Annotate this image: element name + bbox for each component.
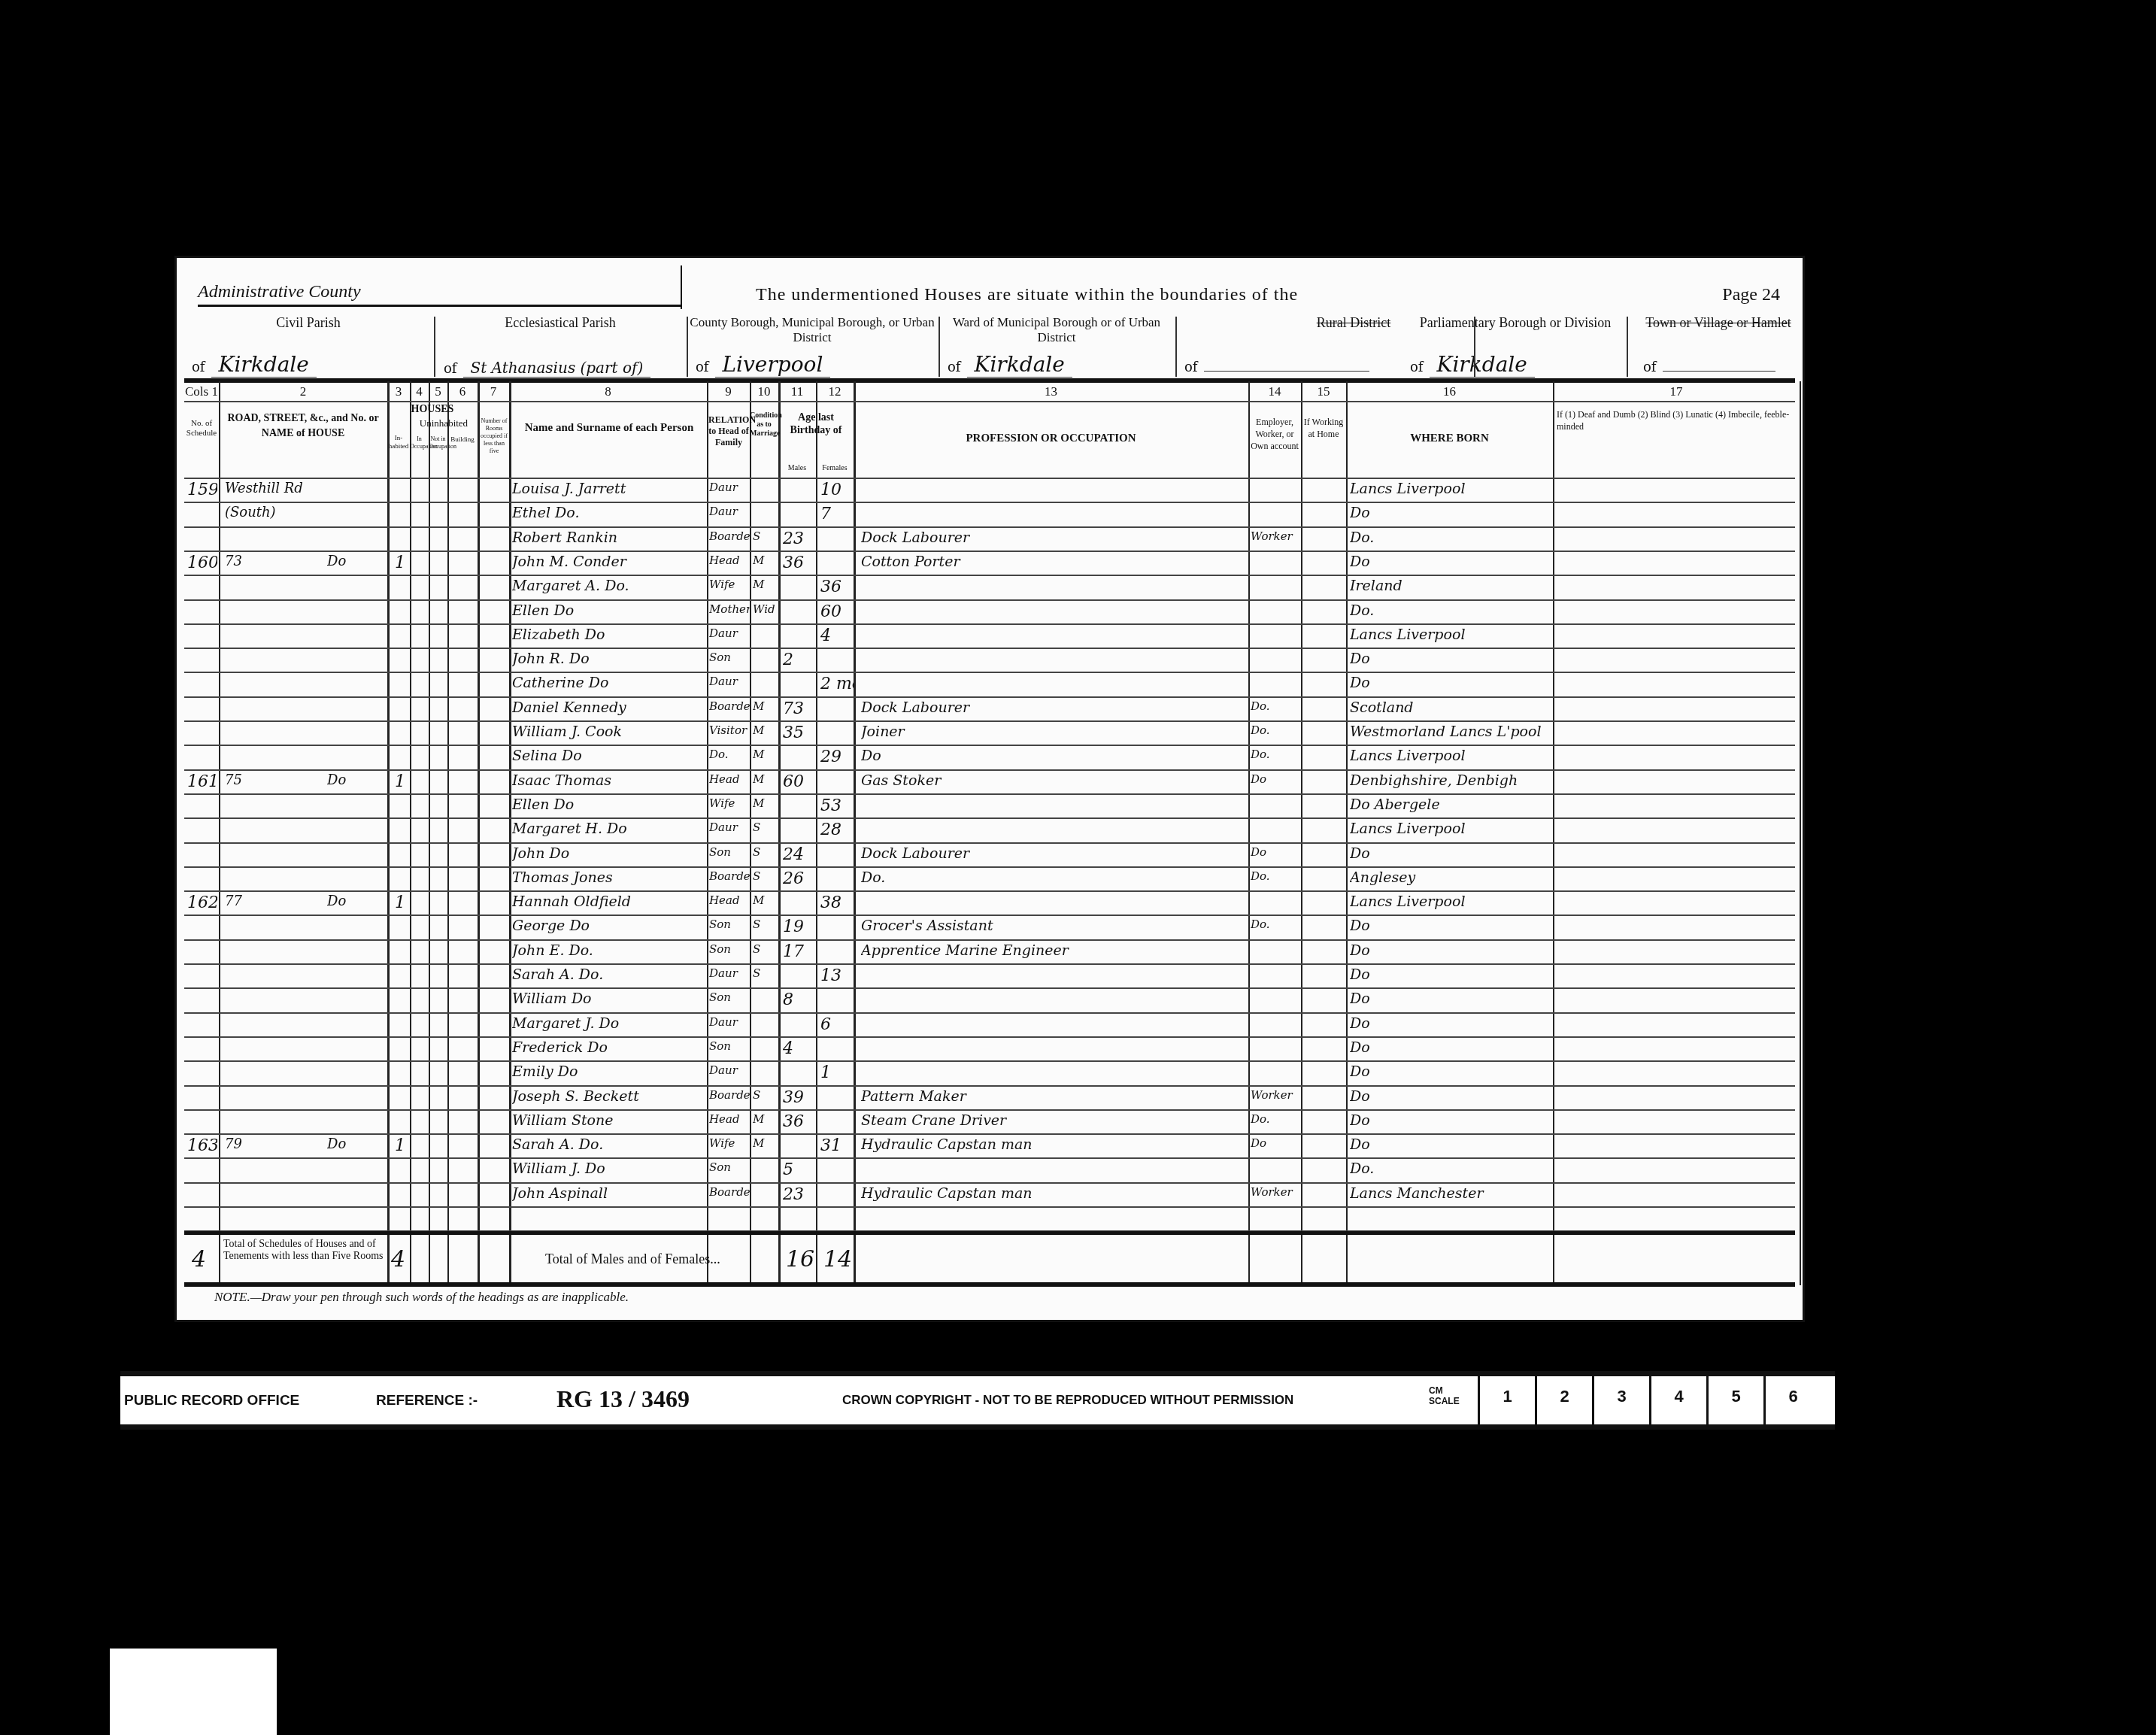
ecclesiastical-parish: Ecclesiastical Parish ofSt Athanasius (p…: [436, 315, 684, 378]
relation: Daur: [709, 966, 750, 980]
row-divider: [184, 793, 1795, 795]
person-name: George Do: [512, 918, 706, 934]
age-female: 1: [820, 1063, 854, 1082]
occupation: Dock Labourer: [861, 845, 1245, 862]
column-numbers: Cols 1 2 3 4 5 6 7 8 9 10 11 12 13 14 15…: [184, 384, 1795, 401]
total-females: 14: [823, 1246, 852, 1272]
marital-condition: Wid: [753, 602, 778, 616]
birthplace: Do: [1350, 1136, 1551, 1153]
row-divider: [184, 1085, 1795, 1087]
age-male: 39: [783, 1088, 816, 1107]
person-name: Ethel Do.: [512, 505, 706, 521]
marital-condition: M: [753, 554, 778, 567]
total-schedules-label: Total of Schedules of Houses and of Tene…: [223, 1239, 384, 1263]
houses-header: HOUSES: [387, 402, 478, 417]
relation: Daur: [709, 626, 750, 640]
birthplace: Lancs Liverpool: [1350, 626, 1551, 643]
person-name: Thomas Jones: [512, 869, 706, 886]
occupation: Dock Labourer: [861, 529, 1245, 546]
road-name: 77: [225, 893, 323, 909]
row-divider: [184, 1012, 1795, 1014]
reference-number: RG 13 / 3469: [556, 1385, 690, 1413]
birthplace: Do: [1350, 1088, 1551, 1105]
relation: Head: [709, 1112, 750, 1126]
relation: Son: [709, 845, 750, 859]
person-name: Sarah A. Do.: [512, 966, 706, 983]
relation: Son: [709, 1039, 750, 1053]
age-male: 23: [783, 529, 816, 548]
age-female: 10: [820, 481, 854, 499]
divider: [1175, 317, 1177, 377]
age-male: 17: [783, 942, 816, 961]
age-female: 38: [820, 893, 854, 912]
row-divider: [184, 502, 1795, 503]
marital-condition: M: [753, 893, 778, 907]
divider: [1627, 317, 1628, 377]
birthplace: Do: [1350, 505, 1551, 521]
birthplace: Do: [1350, 675, 1551, 691]
row-divider: [184, 720, 1795, 722]
birthplace: Lancs Manchester: [1350, 1185, 1551, 1202]
row-divider: [184, 866, 1795, 868]
birthplace: Scotland: [1350, 699, 1551, 716]
employment-status: Worker: [1251, 1185, 1300, 1199]
row-divider: [184, 1036, 1795, 1038]
total-schedules: 4: [192, 1246, 206, 1272]
relation: Visitor: [709, 723, 750, 737]
relation: Do.: [709, 748, 750, 761]
inhabited-count: 1: [395, 1136, 410, 1155]
uninhabited-header: Uninhabited: [410, 417, 478, 429]
row-divider: [184, 623, 1795, 625]
age-female: 7: [820, 505, 854, 523]
col-occupation-header: PROFESSION OR OCCUPATION: [854, 431, 1248, 446]
occupation: Cotton Porter: [861, 554, 1245, 570]
employment-status: Do: [1251, 845, 1300, 859]
row-divider: [184, 769, 1795, 771]
administrative-county-label: Administrative County: [198, 282, 361, 302]
person-name: Margaret J. Do: [512, 1015, 706, 1032]
person-name: Ellen Do: [512, 602, 706, 619]
col-employer-header: Employer, Worker, or Own account: [1248, 416, 1301, 452]
birthplace: Do: [1350, 918, 1551, 934]
age-male: 5: [783, 1160, 816, 1179]
row-divider: [184, 1109, 1795, 1111]
col-where-born-header: WHERE BORN: [1346, 431, 1553, 446]
person-name: Sarah A. Do.: [512, 1136, 706, 1153]
employment-status: Do.: [1251, 918, 1300, 931]
inhabited-count: 1: [395, 772, 410, 791]
employment-status: Worker: [1251, 529, 1300, 543]
road-name: 75: [225, 772, 323, 788]
birthplace: Do: [1350, 845, 1551, 862]
marital-condition: M: [753, 1112, 778, 1126]
age-female: 29: [820, 748, 854, 766]
relation: Boarder: [709, 869, 750, 883]
person-name: Emily Do: [512, 1063, 706, 1080]
marital-condition: M: [753, 723, 778, 737]
person-name: John Do: [512, 845, 706, 862]
row-divider: [184, 939, 1795, 941]
relation: Daur: [709, 1015, 750, 1029]
person-name: Robert Rankin: [512, 529, 706, 546]
person-name: Frederick Do: [512, 1039, 706, 1056]
birthplace: Do: [1350, 1063, 1551, 1080]
person-name: Margaret A. Do.: [512, 578, 706, 594]
county-borough: County Borough, Municipal Borough, or Ur…: [688, 315, 936, 378]
road-name: 79: [225, 1136, 323, 1152]
occupation: Joiner: [861, 723, 1245, 740]
employment-status: Do.: [1251, 699, 1300, 713]
road-name: (South): [225, 505, 323, 520]
relation: Boarder: [709, 699, 750, 713]
age-female: 60: [820, 602, 854, 621]
person-name: Hannah Oldfield: [512, 893, 706, 910]
birthplace: Do: [1350, 651, 1551, 667]
row-divider: [184, 672, 1795, 673]
relation: Wife: [709, 796, 750, 810]
relation: Daur: [709, 820, 750, 834]
marital-condition: M: [753, 578, 778, 591]
divider: [939, 317, 940, 377]
row-divider: [184, 1133, 1795, 1135]
divider: [198, 305, 682, 307]
row-divider: [184, 648, 1795, 649]
relation: Head: [709, 893, 750, 907]
divider: [1474, 317, 1475, 377]
relation: Head: [709, 772, 750, 786]
person-name: Catherine Do: [512, 675, 706, 691]
age-male: 8: [783, 990, 816, 1009]
divider: [681, 265, 682, 309]
age-male: 24: [783, 845, 816, 864]
marital-condition: S: [753, 918, 778, 931]
schedule-number: 159: [187, 481, 217, 499]
civil-parish: Civil Parish ofKirkdale: [184, 315, 432, 378]
person-name: Daniel Kennedy: [512, 699, 706, 716]
road-name: Westhill Rd: [225, 481, 323, 496]
age-female: 31: [820, 1136, 854, 1155]
row-divider: [184, 696, 1795, 698]
road-name: 73: [225, 554, 323, 569]
scale-mark: 6: [1763, 1376, 1821, 1424]
person-name: William Do: [512, 990, 706, 1007]
parliamentary-division-value: Kirkdale: [1430, 352, 1535, 378]
schedule-number: 163: [187, 1136, 217, 1155]
birthplace: Lancs Liverpool: [1350, 820, 1551, 837]
birthplace: Lancs Liverpool: [1350, 481, 1551, 497]
person-name: John R. Do: [512, 651, 706, 667]
marital-condition: S: [753, 529, 778, 543]
col-name-header: Name and Surname of each Person: [515, 420, 703, 435]
age-male: 4: [783, 1039, 816, 1058]
marital-condition: M: [753, 1136, 778, 1150]
relation: Head: [709, 554, 750, 567]
employment-status: Do.: [1251, 748, 1300, 761]
census-table: Cols 1 2 3 4 5 6 7 8 9 10 11 12 13 14 15…: [184, 381, 1795, 1285]
parliamentary-division: Parliamentary Borough or Division ofKirk…: [1402, 315, 1628, 378]
house-ditto: Do: [327, 893, 380, 909]
row-divider: [184, 575, 1795, 576]
marital-condition: M: [753, 772, 778, 786]
birthplace: Do.: [1350, 1160, 1551, 1177]
col-condition-header: Condition as to Marriage: [750, 411, 778, 438]
relation: Daur: [709, 675, 750, 688]
reference-label: REFERENCE :-: [376, 1393, 478, 1409]
person-name: Joseph S. Beckett: [512, 1088, 706, 1105]
age-female: 6: [820, 1015, 854, 1034]
age-male: 60: [783, 772, 816, 791]
note: NOTE.—Draw your pen through such words o…: [214, 1290, 629, 1305]
relation: Son: [709, 1160, 750, 1174]
page-number: Page 24: [1722, 285, 1780, 305]
birthplace: Westmorland Lancs L'pool: [1350, 723, 1551, 740]
occupation: Hydraulic Capstan man: [861, 1185, 1245, 1202]
birthplace: Do: [1350, 1112, 1551, 1129]
boundaries-text: The undermentioned Houses are situate wi…: [756, 285, 1298, 305]
marital-condition: M: [753, 748, 778, 761]
marital-condition: S: [753, 869, 778, 883]
scale-mark: 3: [1592, 1376, 1649, 1424]
person-name: John E. Do.: [512, 942, 706, 959]
person-name: Margaret H. Do: [512, 820, 706, 837]
scale-mark: 5: [1706, 1376, 1763, 1424]
row-divider: [184, 1206, 1795, 1208]
age-female: 2 mo.: [820, 675, 854, 693]
col-schedule-header: No. of Schedule: [184, 419, 219, 438]
marital-condition: S: [753, 966, 778, 980]
person-name: Isaac Thomas: [512, 772, 706, 789]
age-male: 23: [783, 1185, 816, 1204]
relation: Daur: [709, 481, 750, 494]
divider: [687, 317, 688, 377]
col-age-header: Age last Birthday of: [778, 411, 854, 437]
inhabited-count: 1: [395, 893, 410, 912]
marital-condition: M: [753, 699, 778, 713]
row-divider: [184, 1182, 1795, 1184]
person-name: Elizabeth Do: [512, 626, 706, 643]
relation: Boarder: [709, 1185, 750, 1199]
person-name: John Aspinall: [512, 1185, 706, 1202]
birthplace: Do Abergele: [1350, 796, 1551, 813]
employment-status: Do.: [1251, 1112, 1300, 1126]
employment-status: Do.: [1251, 723, 1300, 737]
occupation: Grocer's Assistant: [861, 918, 1245, 934]
birthplace: Lancs Liverpool: [1350, 748, 1551, 764]
house-ditto: Do: [327, 772, 380, 788]
ward: Ward of Municipal Borough or of Urban Di…: [940, 315, 1173, 378]
age-male: 26: [783, 869, 816, 888]
relation: Son: [709, 651, 750, 664]
birthplace: Do: [1350, 942, 1551, 959]
occupation: Do.: [861, 869, 1245, 886]
occupation: Steam Crane Driver: [861, 1112, 1245, 1129]
age-male: 73: [783, 699, 816, 718]
relation: Wife: [709, 1136, 750, 1150]
employment-status: Do.: [1251, 869, 1300, 883]
row-divider: [184, 915, 1795, 916]
scale-mark: 2: [1535, 1376, 1592, 1424]
row-divider: [184, 817, 1795, 819]
occupation: Dock Labourer: [861, 699, 1245, 716]
row-divider: [184, 1157, 1795, 1159]
row-divider: [184, 987, 1795, 989]
marital-condition: S: [753, 1088, 778, 1102]
col-relation-header: RELATION to Head of Family: [708, 414, 749, 448]
occupation: Hydraulic Capstan man: [861, 1136, 1245, 1153]
county-borough-value: Liverpool: [715, 352, 831, 378]
person-name: Selina Do: [512, 748, 706, 764]
birthplace: Denbighshire, Denbigh: [1350, 772, 1551, 789]
census-page: Administrative County The undermentioned…: [174, 256, 1805, 1322]
row-divider: [184, 890, 1795, 892]
employment-status: Do: [1251, 772, 1300, 786]
relation: Son: [709, 942, 750, 956]
record-office: PUBLIC RECORD OFFICE: [124, 1393, 299, 1409]
civil-parish-value: Kirkdale: [211, 352, 317, 378]
relation: Boarder: [709, 529, 750, 543]
row-divider: [184, 599, 1795, 601]
archive-footer: PUBLIC RECORD OFFICE REFERENCE :- RG 13 …: [120, 1371, 1835, 1430]
occupation: Do: [861, 748, 1245, 764]
schedule-number: 162: [187, 893, 217, 912]
relation: Boarder: [709, 1088, 750, 1102]
person-name: William J. Do: [512, 1160, 706, 1177]
age-male: 36: [783, 1112, 816, 1131]
person-name: William Stone: [512, 1112, 706, 1129]
row-divider: [184, 526, 1795, 528]
employment-status: Do: [1251, 1136, 1300, 1150]
age-female: 53: [820, 796, 854, 815]
row-divider: [184, 842, 1795, 844]
marital-condition: M: [753, 796, 778, 810]
col-infirmity-header: If (1) Deaf and Dumb (2) Blind (3) Lunat…: [1557, 408, 1797, 432]
copyright-notice: CROWN COPYRIGHT - NOT TO BE REPRODUCED W…: [842, 1393, 1293, 1408]
schedule-number: 161: [187, 772, 217, 791]
age-female: 4: [820, 626, 854, 645]
ward-value: Kirkdale: [967, 352, 1072, 378]
person-name: Ellen Do: [512, 796, 706, 813]
house-ditto: Do: [327, 554, 380, 569]
age-male: 19: [783, 918, 816, 936]
relation: Daur: [709, 505, 750, 518]
marital-condition: S: [753, 820, 778, 834]
marital-condition: S: [753, 845, 778, 859]
birthplace: Do: [1350, 1039, 1551, 1056]
occupation: Pattern Maker: [861, 1088, 1245, 1105]
inhabited-count: 1: [395, 554, 410, 572]
divider: [434, 317, 435, 377]
employment-status: Worker: [1251, 1088, 1300, 1102]
age-female: 13: [820, 966, 854, 985]
total-males: 16: [786, 1246, 814, 1272]
blank-label-card: [110, 1649, 277, 1735]
scale-mark: 4: [1649, 1376, 1706, 1424]
age-male: 35: [783, 723, 816, 742]
row-divider: [184, 1060, 1795, 1062]
house-ditto: Do: [327, 1136, 380, 1152]
relation: Daur: [709, 1063, 750, 1077]
birthplace: Do: [1350, 990, 1551, 1007]
birthplace: Do: [1350, 966, 1551, 983]
age-female: 36: [820, 578, 854, 596]
occupation: Apprentice Marine Engineer: [861, 942, 1245, 959]
birthplace: Do: [1350, 1015, 1551, 1032]
birthplace: Anglesey: [1350, 869, 1551, 886]
relation: Son: [709, 918, 750, 931]
ecclesiastical-parish-value: St Athanasius (part of): [463, 359, 651, 378]
col-working-home-header: If Working at Home: [1301, 416, 1346, 440]
birthplace: Do.: [1350, 529, 1551, 546]
marital-condition: S: [753, 942, 778, 956]
age-male: 2: [783, 651, 816, 669]
person-name: John M. Conder: [512, 554, 706, 570]
age-male: 36: [783, 554, 816, 572]
birthplace: Lancs Liverpool: [1350, 893, 1551, 910]
relation: Mother: [709, 602, 750, 616]
totals-label: Total of Males and of Females...: [545, 1252, 720, 1266]
birthplace: Ireland: [1350, 578, 1551, 594]
row-divider: [184, 963, 1795, 965]
relation: Wife: [709, 578, 750, 591]
total-inhabited: 4: [391, 1246, 405, 1272]
col-road-header: ROAD, STREET, &c., and No. or NAME of HO…: [222, 411, 384, 441]
cm-scale-label: CM SCALE: [1429, 1385, 1466, 1406]
col-rooms-header: Number of Rooms occupied if less than fi…: [479, 417, 509, 455]
birthplace: Do: [1350, 554, 1551, 570]
occupation: Gas Stoker: [861, 772, 1245, 789]
scale-mark: 1: [1478, 1376, 1535, 1424]
person-name: Louisa J. Jarrett: [512, 481, 706, 497]
relation: Son: [709, 990, 750, 1004]
row-divider: [184, 745, 1795, 746]
birthplace: Do.: [1350, 602, 1551, 619]
row-divider: [184, 551, 1795, 552]
age-female: 28: [820, 820, 854, 839]
schedule-number: 160: [187, 554, 217, 572]
town-village-hamlet: Town or Village or Hamlet of: [1636, 315, 1801, 378]
person-name: William J. Cook: [512, 723, 706, 740]
